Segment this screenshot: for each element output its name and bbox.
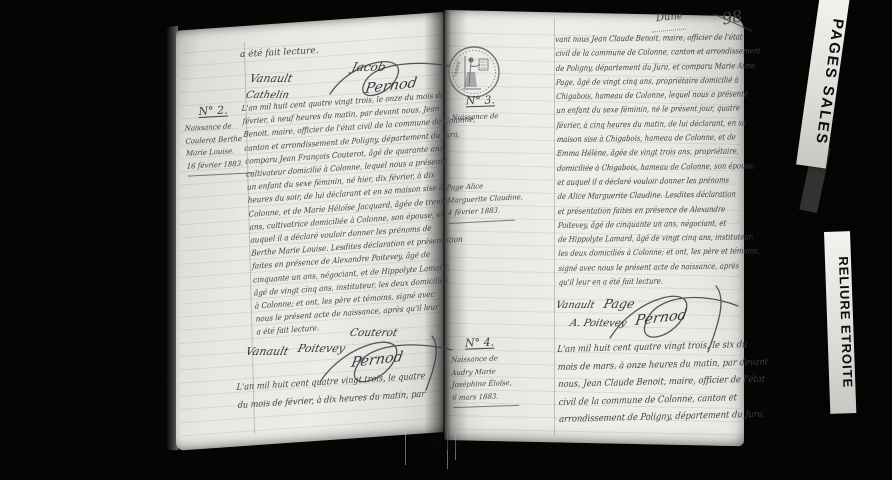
margin-date: 6 mars 1883. bbox=[452, 389, 516, 404]
margin-note-act3-name: Page Alice Marguerite Claudine, 4 févrie… bbox=[447, 178, 529, 224]
margin-underline bbox=[453, 405, 519, 408]
signature: Vanault bbox=[248, 72, 293, 85]
margin-caption: Naissance de bbox=[451, 110, 499, 124]
margin-note-act4: N° 4. Naissance de Audry Marie Joséphine… bbox=[451, 335, 519, 408]
timbre-stamp-icon: TIMBRE bbox=[446, 44, 502, 100]
left-body-act2: L'an mil huit cent quatre vingt trois, l… bbox=[242, 88, 472, 339]
margin-date: 16 février 1883. bbox=[186, 157, 249, 173]
margin-underline bbox=[188, 172, 254, 176]
ink-layer: a été fait lecture. Vanault Cathelin Jac… bbox=[0, 0, 892, 480]
folio-mark: Dune bbox=[655, 11, 683, 25]
margin-underline bbox=[449, 219, 515, 223]
act-number: N° 4. bbox=[465, 335, 517, 350]
signature: Vanault bbox=[555, 300, 596, 311]
left-body-next-act: L'an mil huit cent quatre vingt trois, l… bbox=[237, 366, 454, 415]
act-number: N° 3. bbox=[465, 93, 501, 107]
left-opening-line: a été fait lecture. bbox=[240, 46, 319, 60]
register-photo-scene: a été fait lecture. Vanault Cathelin Jac… bbox=[0, 0, 892, 480]
signature: Vanault bbox=[244, 345, 289, 358]
right-body-act3: vant nous Jean Claude Benoit, maire, off… bbox=[556, 30, 760, 290]
margin-date: 4 février 1883. bbox=[448, 203, 524, 220]
margin-note-act3-header: N° 3. Naissance de bbox=[452, 93, 502, 124]
handwritten-line: arrondissement de Poligny, département d… bbox=[558, 407, 739, 429]
right-body-act4: L'an mil huit cent quatre vingt trois, l… bbox=[558, 336, 760, 429]
